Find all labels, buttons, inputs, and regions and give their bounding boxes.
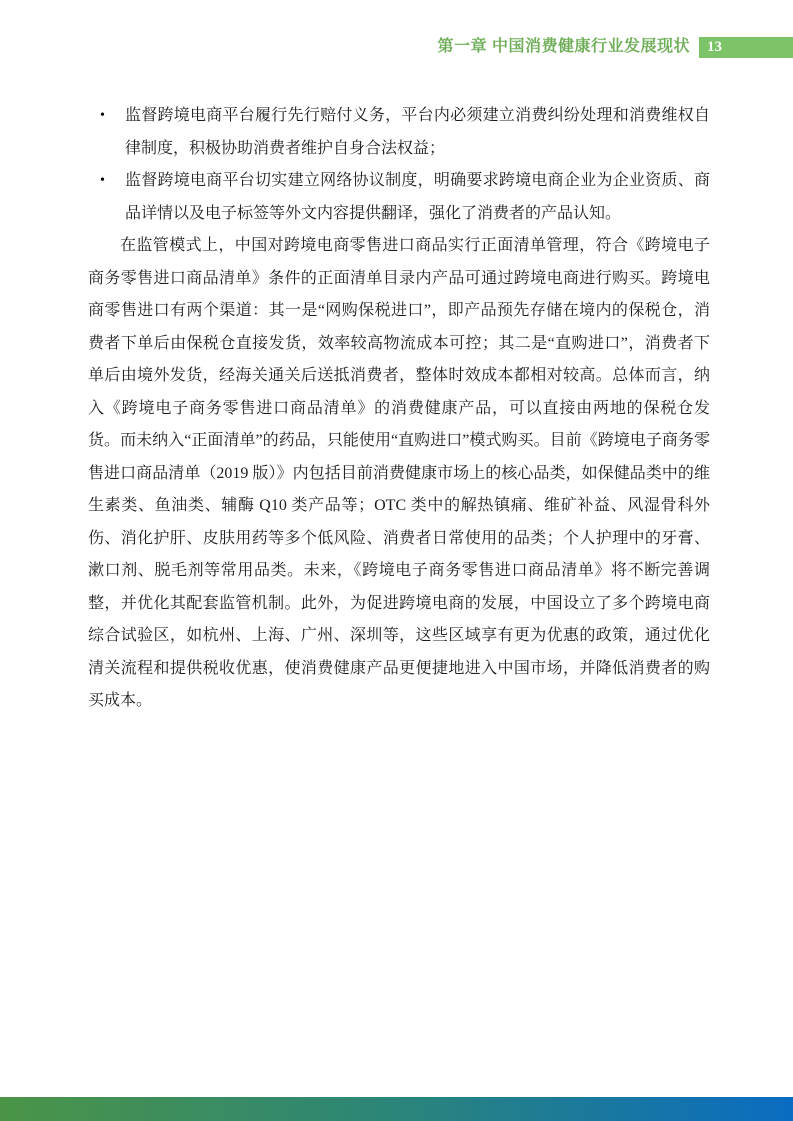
chapter-title: 第一章 中国消费健康行业发展现状	[438, 36, 690, 58]
body-paragraph: 在监管模式上，中国对跨境电商零售进口商品实行正面清单管理，符合《跨境电子商务零售…	[88, 230, 710, 718]
bullet-icon: •	[100, 165, 105, 198]
page-number: 13	[699, 37, 722, 58]
bullet-list: • 监督跨境电商平台履行先行赔付义务，平台内必须建立消费纠纷处理和消费维权自律制…	[88, 100, 710, 230]
bullet-text: 监督跨境电商平台履行先行赔付义务，平台内必须建立消费纠纷处理和消费维权自律制度，…	[125, 107, 710, 157]
list-item: • 监督跨境电商平台履行先行赔付义务，平台内必须建立消费纠纷处理和消费维权自律制…	[88, 100, 710, 165]
bullet-text: 监督跨境电商平台切实建立网络协议制度，明确要求跨境电商企业为企业资质、商品详情以…	[125, 172, 710, 222]
footer-gradient-bar	[0, 1097, 793, 1121]
list-item: • 监督跨境电商平台切实建立网络协议制度，明确要求跨境电商企业为企业资质、商品详…	[88, 165, 710, 230]
bullet-icon: •	[100, 100, 105, 133]
page-body: • 监督跨境电商平台履行先行赔付义务，平台内必须建立消费纠纷处理和消费维权自律制…	[88, 100, 710, 718]
page-header: 第一章 中国消费健康行业发展现状 13	[0, 36, 793, 58]
document-page: 第一章 中国消费健康行业发展现状 13 • 监督跨境电商平台履行先行赔付义务，平…	[0, 0, 793, 1121]
page-number-badge: 13	[699, 37, 793, 58]
